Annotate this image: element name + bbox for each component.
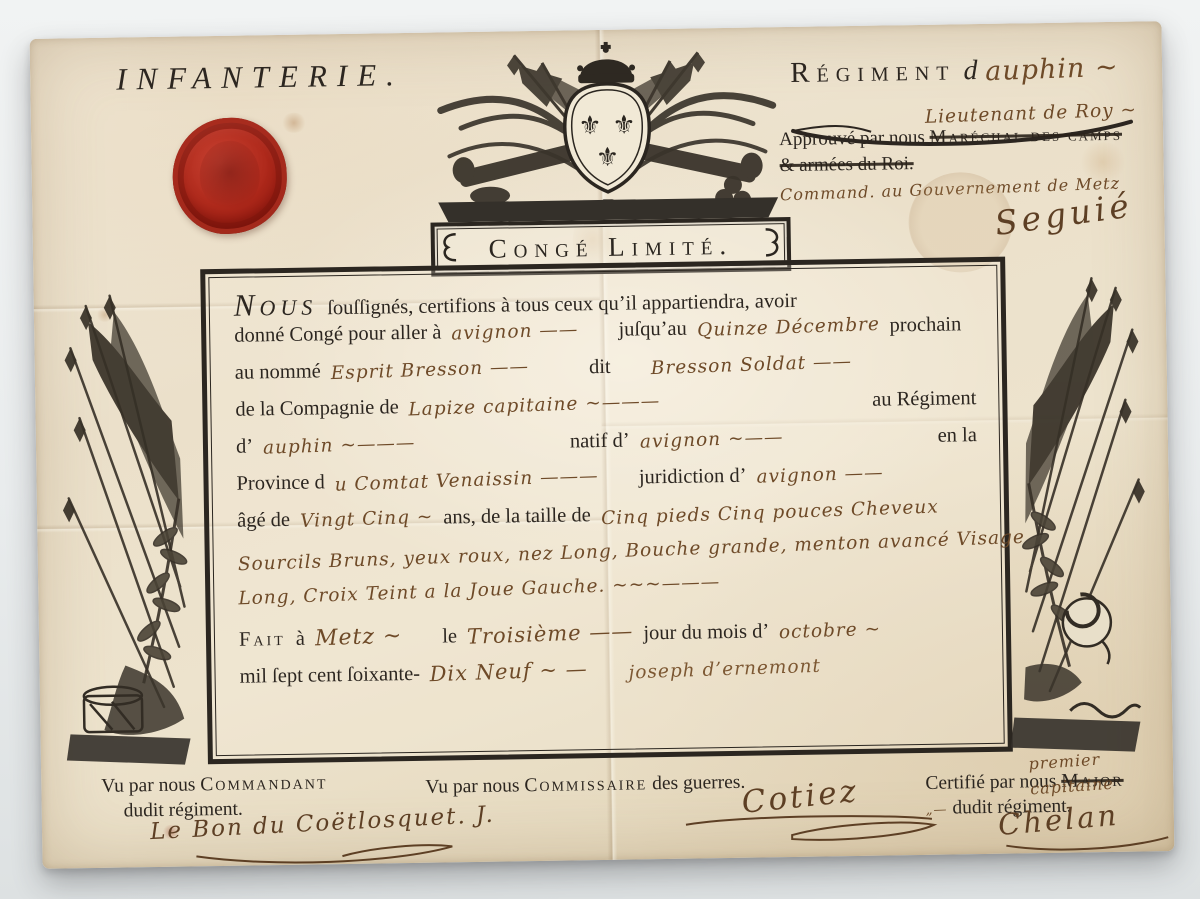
approval-prefix: Approuvé par nous <box>779 127 930 150</box>
ram-head-engraving <box>1062 594 1111 665</box>
foxing-stain <box>281 113 307 133</box>
commissaire-attestation: Vu par nous Commissaire des guerres. <box>425 770 745 800</box>
commissaire-signature: Cotiez <box>740 773 861 821</box>
document-paper: INFANTERIE. <box>30 21 1175 869</box>
svg-text:⚜: ⚜ <box>578 111 602 141</box>
lead-word: Nous <box>233 286 317 323</box>
role-commandant: Commandant <box>200 772 327 795</box>
printed-text: dit <box>589 356 611 379</box>
banner-title: Congé Limité. <box>488 229 733 264</box>
printed-text: à <box>296 628 305 651</box>
handwritten-entry: avignon —— <box>756 462 884 487</box>
photo-backdrop: INFANTERIE. <box>0 0 1200 899</box>
handwritten-entry: Bresson Soldat —— <box>650 351 852 379</box>
handwritten-entry: u Comtat Venaissin ——— <box>335 466 600 496</box>
wax-seal-impression <box>200 141 260 212</box>
printed-text: Province d <box>236 471 325 495</box>
handwritten-entry: Metz ~ <box>314 623 402 651</box>
printed-text: au Régiment <box>872 387 977 412</box>
handwritten-entry: Vingt Cinq ~ <box>300 506 434 532</box>
scroll-curl-icon <box>438 230 461 264</box>
printed-text: âgé de <box>237 509 290 533</box>
printed-text: des guerres. <box>647 772 745 795</box>
signature-flourish <box>192 840 472 866</box>
printed-text: ſouſſignés, certifions à tous ceux qu’il… <box>327 290 797 320</box>
printed-text: Vu par nous <box>425 775 524 798</box>
printed-text: en la <box>937 424 977 448</box>
svg-text:⚜: ⚜ <box>612 110 636 140</box>
printed-text: juſqu’au <box>618 318 687 342</box>
printed-text: natif d’ <box>570 430 630 454</box>
handwritten-entry: Troisième —— <box>467 619 634 649</box>
printed-text: juridiction d’ <box>639 465 747 490</box>
hand-mark: „— <box>925 797 948 823</box>
printed-text: de la Compagnie de <box>235 396 399 422</box>
clerk-signature: joseph d’ernemont <box>628 656 821 684</box>
printed-text: ans, de la taille de <box>443 504 591 529</box>
handwritten-entry: Lapize capitaine ~——— <box>408 391 661 421</box>
corps-title: INFANTERIE. <box>116 57 404 98</box>
handwritten-entry: Quinze Décembre <box>697 314 880 341</box>
attestation-line-1: Vu par nous Commandant <box>101 770 328 799</box>
handwritten-entry: auphin ~——— <box>263 432 416 458</box>
regiment-label: Régiment <box>790 54 956 90</box>
printed-text: jour du mois d’ <box>643 620 769 645</box>
handwritten-entry: avignon ~—— <box>639 427 783 453</box>
royal-arms-trophy-engraving: ⚜ ⚜ ⚜ ✠ <box>422 39 793 223</box>
right-trophy-engraving <box>1003 269 1151 759</box>
printed-text: au nommé <box>235 360 321 384</box>
left-trophy-engraving <box>57 286 211 770</box>
printed-text: le <box>442 625 457 648</box>
certificate-body: Nous ſouſſignés, certifions à tous ceux … <box>233 276 980 701</box>
regiment-d: d <box>963 55 978 87</box>
handwritten-entry: Dix Neuf ~ — <box>430 657 589 687</box>
spacer <box>671 406 862 409</box>
role-commissaire: Commissaire <box>524 773 647 796</box>
printed-text: donné Congé pour aller à <box>234 322 442 348</box>
certificate-text-frame: Nous ſouſſignés, certifions à tous ceux … <box>200 257 1013 765</box>
rank-correction-handwritten: premier capitaine <box>1028 741 1187 801</box>
handwritten-entry: octobre ~ <box>779 619 882 644</box>
approval-struck-armees: & armées du Roi. <box>779 153 913 176</box>
spacer <box>426 448 560 450</box>
spacer <box>793 442 927 444</box>
printed-text: mil ſept cent ſoixante- <box>239 663 420 689</box>
spacer <box>539 373 579 374</box>
printed-text: d’ <box>236 435 253 458</box>
scroll-curl-icon <box>762 225 785 259</box>
handwritten-entry: Esprit Bresson —— <box>330 356 529 384</box>
printed-text: prochain <box>889 313 961 337</box>
regiment-line: Régiment d auphin ~ <box>790 51 1170 90</box>
handwritten-entry: avignon —— <box>451 319 579 344</box>
printed-text: Vu par nous <box>101 774 200 797</box>
svg-text:⚜: ⚜ <box>596 143 620 173</box>
red-wax-seal <box>172 117 288 235</box>
printed-text: Fait <box>239 628 286 652</box>
regiment-name-handwritten: auphin ~ <box>985 52 1119 88</box>
signature-flourish <box>682 811 942 845</box>
